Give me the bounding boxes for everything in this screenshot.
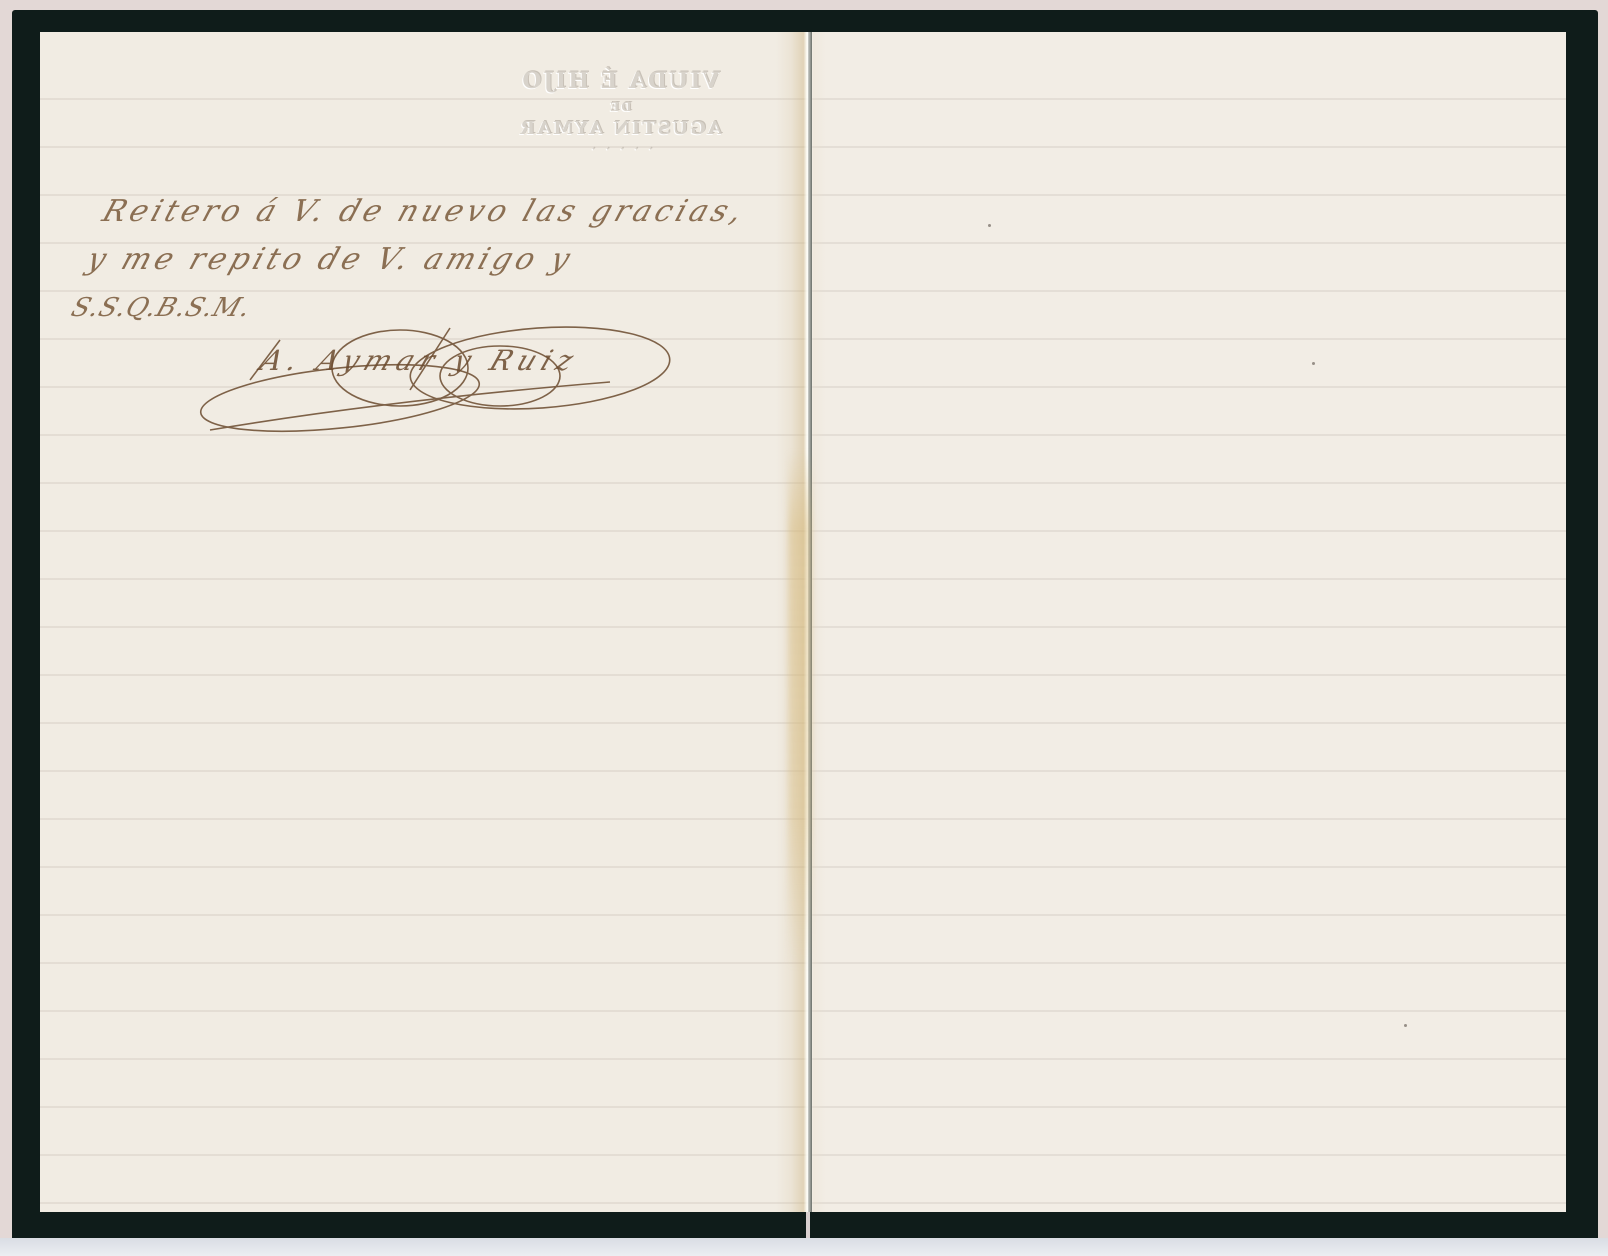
letterhead-line-4: · · · · · [500, 145, 740, 155]
paper-speck [1312, 362, 1315, 365]
letter-body: Reitero á V. de nuevo las gracias, y me … [65, 188, 812, 332]
embossed-letterhead: VIUDA É HIJO DE AGUSTIN AYMAR · · · · · [500, 68, 740, 155]
signature-text: A. Aymar y Ruiz [256, 344, 584, 377]
fold-stain [788, 450, 812, 970]
paper-speck [1404, 1024, 1407, 1027]
letterhead-line-1: VIUDA É HIJO [500, 68, 740, 94]
paper-speck [988, 224, 991, 227]
signature: A. Aymar y Ruiz [190, 320, 750, 450]
letterhead-line-3: AGUSTIN AYMAR [500, 118, 740, 139]
body-line-2: y me repito de V. amigo y [80, 236, 796, 284]
scan-bed-edge [0, 1238, 1608, 1256]
letterhead-line-2: DE [500, 100, 740, 114]
signature-flourish-icon [190, 320, 750, 450]
right-page [812, 32, 1566, 1212]
body-line-1: Reitero á V. de nuevo las gracias, [96, 188, 812, 236]
